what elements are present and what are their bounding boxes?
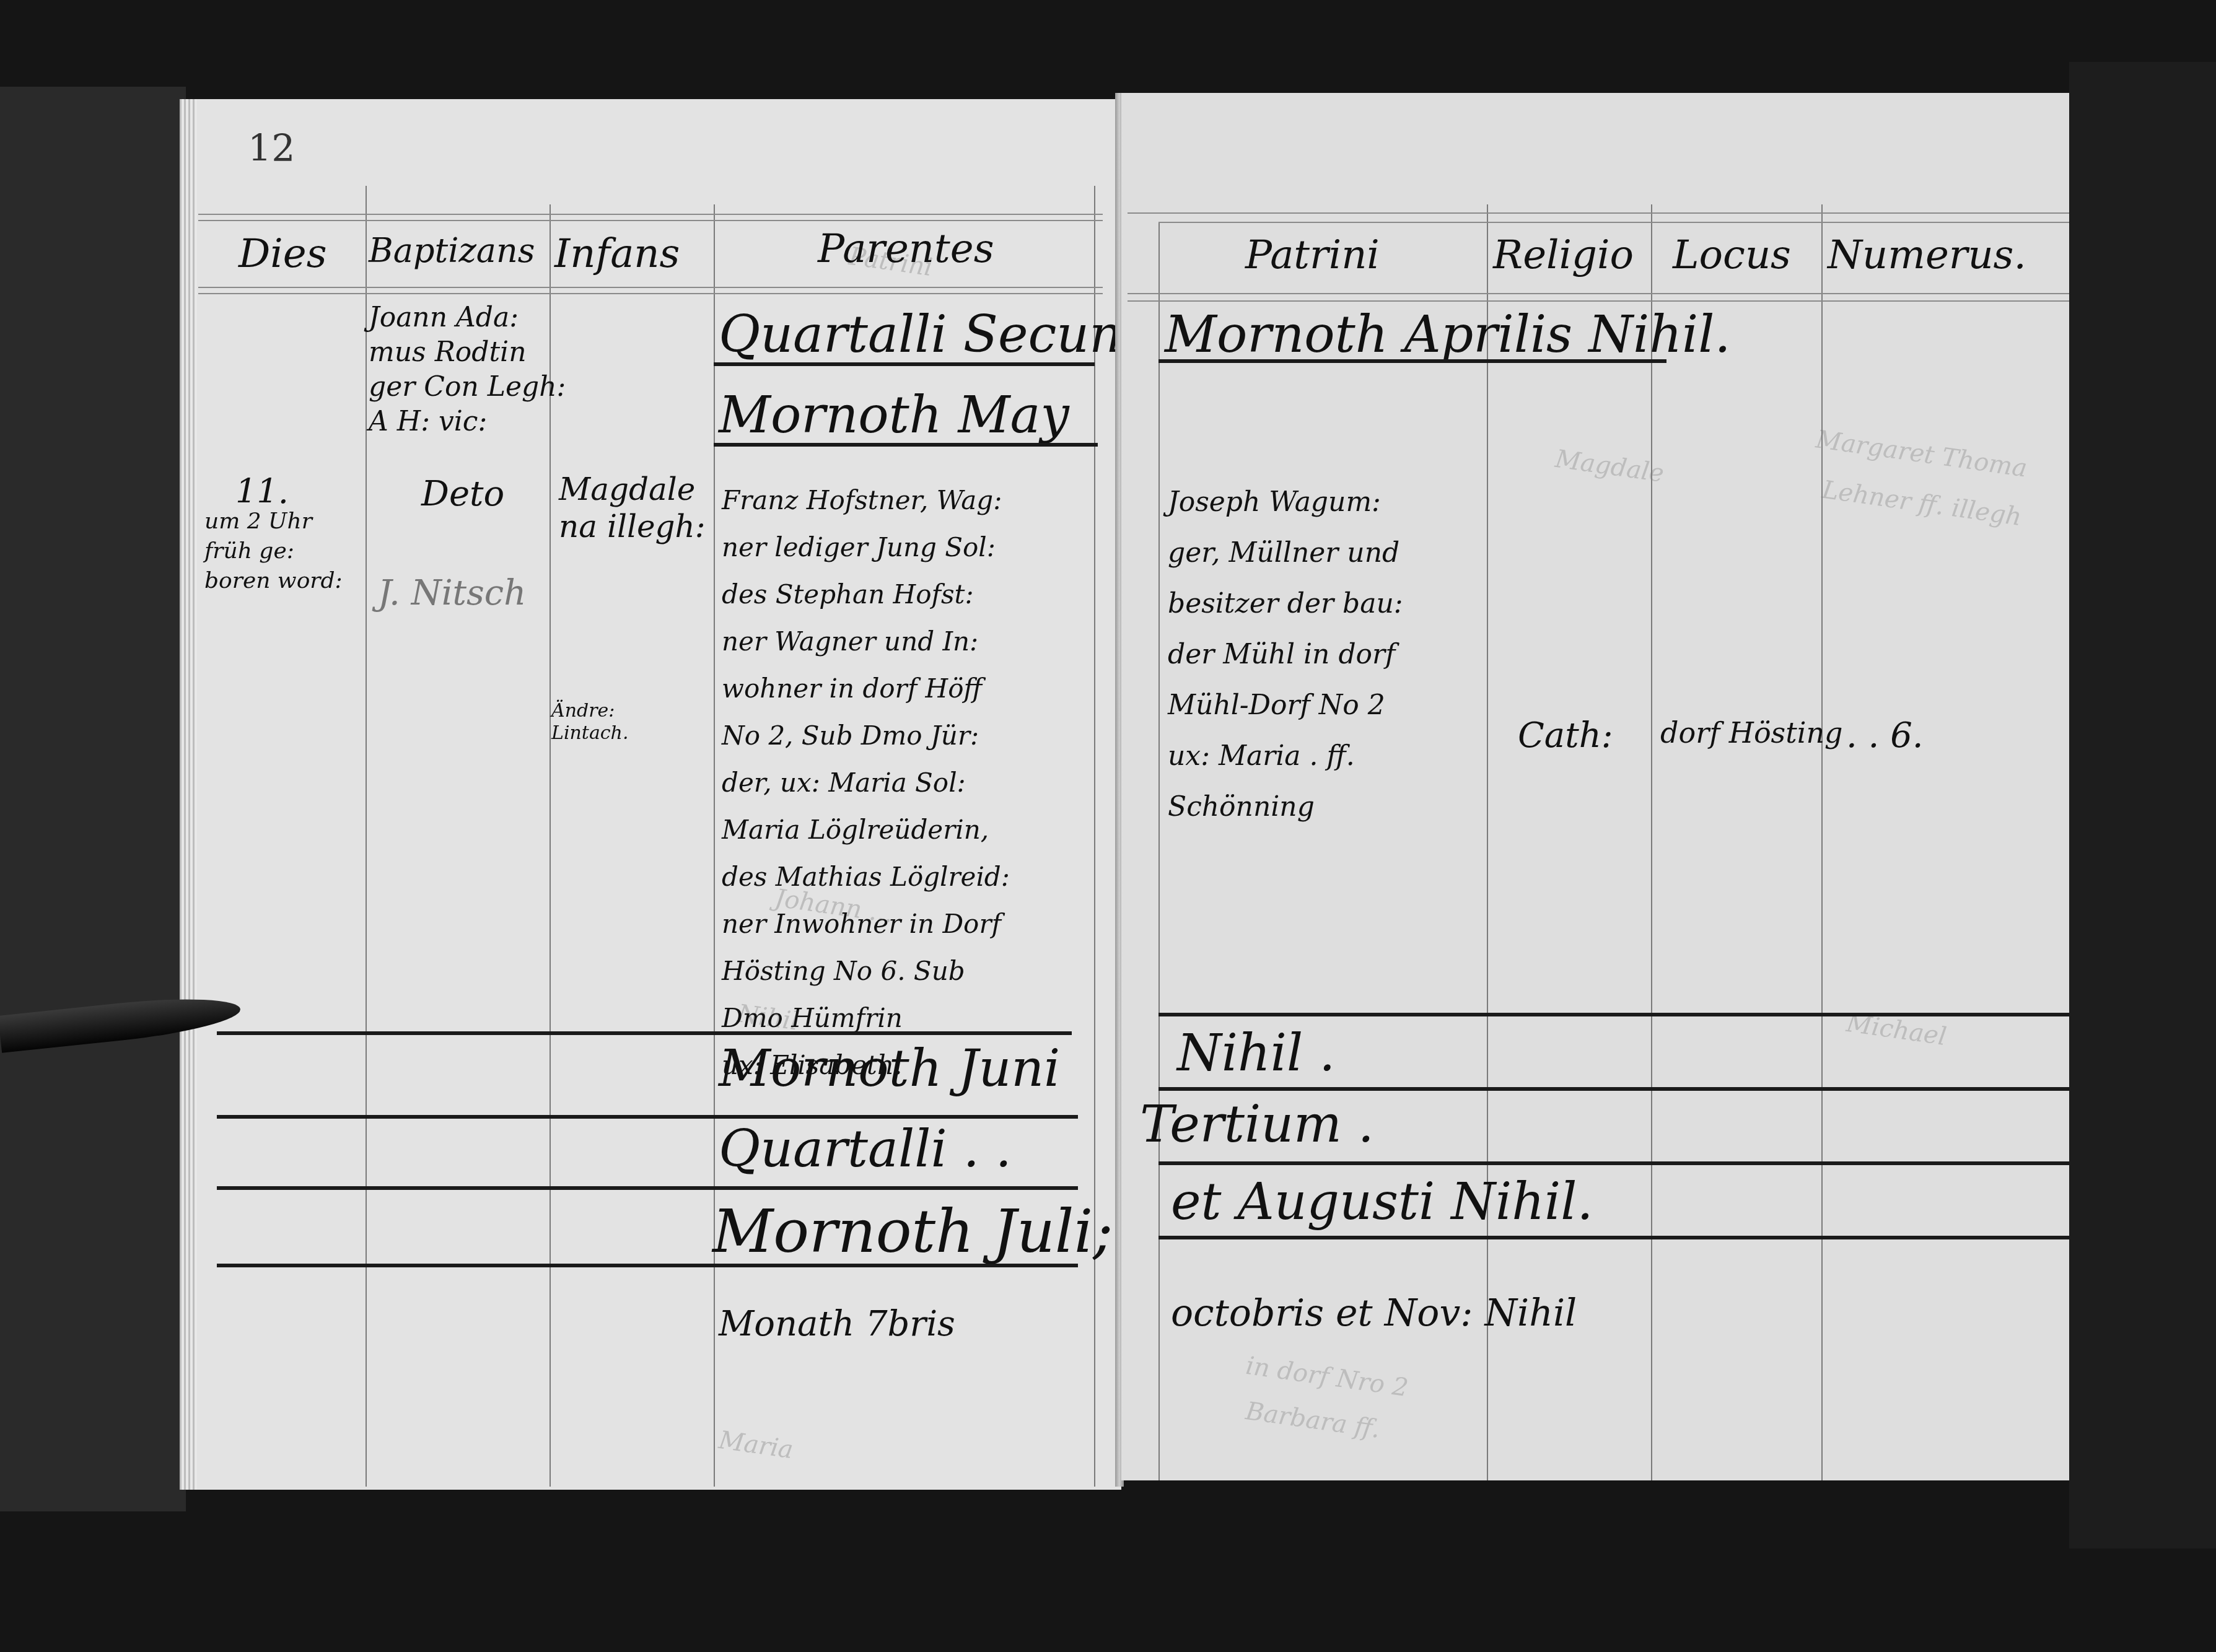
header-parentes: Parentes: [818, 229, 994, 269]
text-line: Maria Löglreüderin,: [722, 806, 1010, 854]
text-line: Magdale: [559, 471, 706, 508]
entry-date: 11. um 2 Uhr früh ge: boren word:: [204, 477, 343, 596]
header-rule: [1128, 300, 2069, 302]
header-rule: [198, 214, 1103, 215]
text-line: ner lediger Jung Sol:: [722, 524, 1010, 571]
header-rule: [1128, 212, 2069, 214]
left-page: 12 Patrini Johann ... Nihil Maria Dies B…: [180, 99, 1121, 1490]
quarter-label: Quartalli . .: [719, 1124, 1012, 1175]
column-divider: [1158, 223, 1160, 1480]
text-line: A H: vic:: [369, 404, 566, 439]
text-line: Mühl-Dorf No 2: [1168, 680, 1403, 731]
text-line: ner Wagner und In:: [722, 618, 1010, 665]
text-line: Joann Ada:: [369, 300, 566, 335]
text-line: um 2 Uhr: [204, 507, 343, 536]
text-line: wohner in dorf Höff: [722, 665, 1010, 712]
column-divider: [366, 186, 367, 1487]
text-line: der Mühl in dorf: [1168, 629, 1403, 680]
bleed-through-text: Barbara ff.: [1244, 1397, 1382, 1444]
text-line: früh ge:: [204, 536, 343, 566]
text-line: Schönning: [1168, 782, 1403, 833]
entry-religio: Cath:: [1518, 719, 1613, 753]
quarter-heading: Quartalli Secundum: [719, 310, 1121, 361]
text-line: ger Con Legh:: [369, 370, 566, 404]
section-rule: [1158, 1087, 2069, 1091]
header-religio: Religio: [1493, 235, 1634, 275]
header-rule: [1128, 293, 2069, 294]
text-line: besitzer der bau:: [1168, 579, 1403, 629]
baptizans-top-block: Joann Ada: mus Rodtin ger Con Legh: A H:…: [369, 300, 566, 439]
header-rule: [1158, 222, 2069, 223]
text-line: ger, Müllner und: [1168, 528, 1403, 579]
text-line: ner Inwohner in Dorf: [722, 901, 1010, 948]
section-rule: [714, 443, 1098, 447]
bleed-through-text: Magdale: [1554, 445, 1666, 488]
header-infans: Infans: [554, 234, 680, 274]
column-divider: [1094, 186, 1095, 1487]
entry-baptizans: Deto: [421, 477, 504, 512]
oct-nov-line: octobris et Nov: Nihil: [1171, 1295, 1577, 1332]
section-rule: [217, 1186, 1078, 1190]
column-divider: [1487, 204, 1488, 1480]
entry-patrini: Joseph Wagum: ger, Müllner und besitzer …: [1168, 477, 1403, 833]
entry-parentes: Franz Hofstner, Wag: ner lediger Jung So…: [722, 477, 1010, 1089]
header-rule: [198, 220, 1103, 221]
month-june-heading: Mornoth Juni: [719, 1044, 1060, 1095]
header-locus: Locus: [1673, 235, 1791, 275]
header-dies: Dies: [239, 234, 327, 274]
entry-locus: dorf Hösting: [1660, 719, 1842, 747]
month-may-heading: Mornoth May: [719, 390, 1069, 441]
section-rule: [217, 1264, 1078, 1267]
page-number: 12: [248, 130, 295, 167]
section-rule: [714, 362, 1095, 366]
bleed-through-text: Margaret Thoma: [1814, 425, 2028, 483]
column-divider: [714, 204, 715, 1487]
entry-margin-note: Ändre: Lintach.: [551, 700, 628, 745]
right-page: Magdale Margaret Thoma Lehner ff. illegh…: [1121, 93, 2069, 1480]
text-line: des Stephan Hofst:: [722, 571, 1010, 618]
section-rule: [217, 1031, 1072, 1035]
text-line: des Mathias Löglreid:: [722, 854, 1010, 901]
entry-day: 11.: [204, 477, 343, 507]
text-line: ux: Maria . ff.: [1168, 731, 1403, 782]
text-line: Ändre:: [551, 700, 628, 722]
bleed-through-text: in dorf Nro 2: [1244, 1352, 1410, 1402]
text-line: na illegh:: [559, 508, 706, 545]
month-september-heading: Monath 7bris: [719, 1307, 955, 1342]
section-rule: [1158, 1013, 2069, 1016]
text-line: boren word:: [204, 566, 343, 596]
text-line: Hösting No 6. Sub: [722, 948, 1010, 995]
header-baptizans: Baptizans: [369, 234, 535, 268]
text-line: Franz Hofstner, Wag:: [722, 477, 1010, 524]
text-line: Joseph Wagum:: [1168, 477, 1403, 528]
header-patrini: Patrini: [1245, 235, 1380, 275]
entry-infans: Magdale na illegh:: [559, 471, 706, 545]
header-rule: [198, 287, 1103, 288]
text-line: No 2, Sub Dmo Jür:: [722, 712, 1010, 759]
april-line: Mornoth Aprilis Nihil.: [1165, 310, 1731, 361]
entry-baptizans-signature: J. Nitsch: [378, 576, 526, 611]
june-nihil: Nihil .: [1177, 1028, 1335, 1079]
august-line: et Augusti Nihil.: [1171, 1177, 1593, 1228]
entry-numerus: . . 6.: [1846, 719, 1924, 753]
section-rule: [1158, 1236, 2069, 1239]
header-numerus: Numerus.: [1828, 235, 2026, 275]
text-line: Lintach.: [551, 722, 628, 745]
bleed-through-text: Lehner ff. illegh: [1820, 476, 2023, 532]
tertium-label: Tertium .: [1140, 1099, 1374, 1150]
page-edges: [180, 99, 197, 1490]
text-line: mus Rodtin: [369, 335, 566, 370]
month-july-heading: Mornoth Juli;: [712, 1202, 1113, 1261]
text-line: der, ux: Maria Sol:: [722, 759, 1010, 806]
column-divider: [1821, 204, 1823, 1480]
section-rule: [1158, 1161, 2069, 1165]
section-rule: [217, 1115, 1078, 1119]
bleed-through-text: Maria: [717, 1426, 795, 1464]
column-divider: [1651, 204, 1652, 1480]
book-cover-right: [2069, 62, 2216, 1549]
header-rule: [198, 293, 1103, 294]
section-rule: [1158, 359, 1666, 363]
book-cover-left: [0, 87, 186, 1511]
